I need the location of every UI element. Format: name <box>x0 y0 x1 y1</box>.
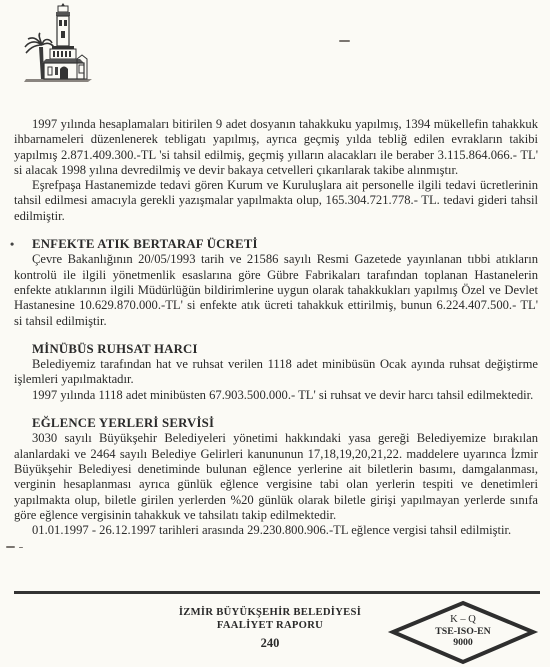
scan-speck <box>19 547 23 548</box>
section-title-minibus-ruhsat: MİNÜBÜS RUHSAT HARCI <box>14 342 538 357</box>
clock-tower-logo-icon <box>22 3 96 83</box>
badge-line-1: K – Q <box>387 614 539 626</box>
report-name: FAALİYET RAPORU <box>150 620 390 633</box>
scan-speck <box>6 546 15 548</box>
organization-name: İZMİR BÜYÜKŞEHİR BELEDİYESİ <box>150 607 390 620</box>
paragraph: 1997 yılında hesaplamaları bitirilen 9 a… <box>14 117 538 178</box>
paragraph: 3030 sayılı Büyükşehir Belediyeleri yöne… <box>14 431 538 523</box>
paragraph: Çevre Bakanlığının 20/05/1993 tarih ve 2… <box>14 252 538 328</box>
paragraph: 1997 yılında 1118 adet minibüsten 67.903… <box>14 388 538 403</box>
paragraph: Eşrefpaşa Hastanemizde tedavi gören Kuru… <box>14 178 538 224</box>
section-title-enfekte-atik: • ENFEKTE ATIK BERTARAF ÜCRETİ <box>14 237 538 252</box>
footer-divider <box>14 591 540 594</box>
section-title-eglence-yerleri: EĞLENCE YERLERİ SERVİSİ <box>14 416 538 431</box>
bullet-icon: • <box>10 237 14 252</box>
paragraph: Belediyemiz tarafından hat ve ruhsat ver… <box>14 357 538 388</box>
badge-line-3: 9000 <box>387 637 539 649</box>
badge-line-2: TSE-ISO-EN <box>387 626 539 638</box>
footer-title: İZMİR BÜYÜKŞEHİR BELEDİYESİ FAALİYET RAP… <box>150 607 390 632</box>
page-number: 240 <box>240 636 300 651</box>
paragraph: 01.01.1997 - 26.12.1997 tarihleri arasın… <box>14 523 538 538</box>
document-body: 1997 yılında hesaplamaları bitirilen 9 a… <box>14 117 538 538</box>
scan-speck <box>339 40 350 42</box>
iso-9000-badge: K – Q TSE-ISO-EN 9000 <box>387 600 539 665</box>
